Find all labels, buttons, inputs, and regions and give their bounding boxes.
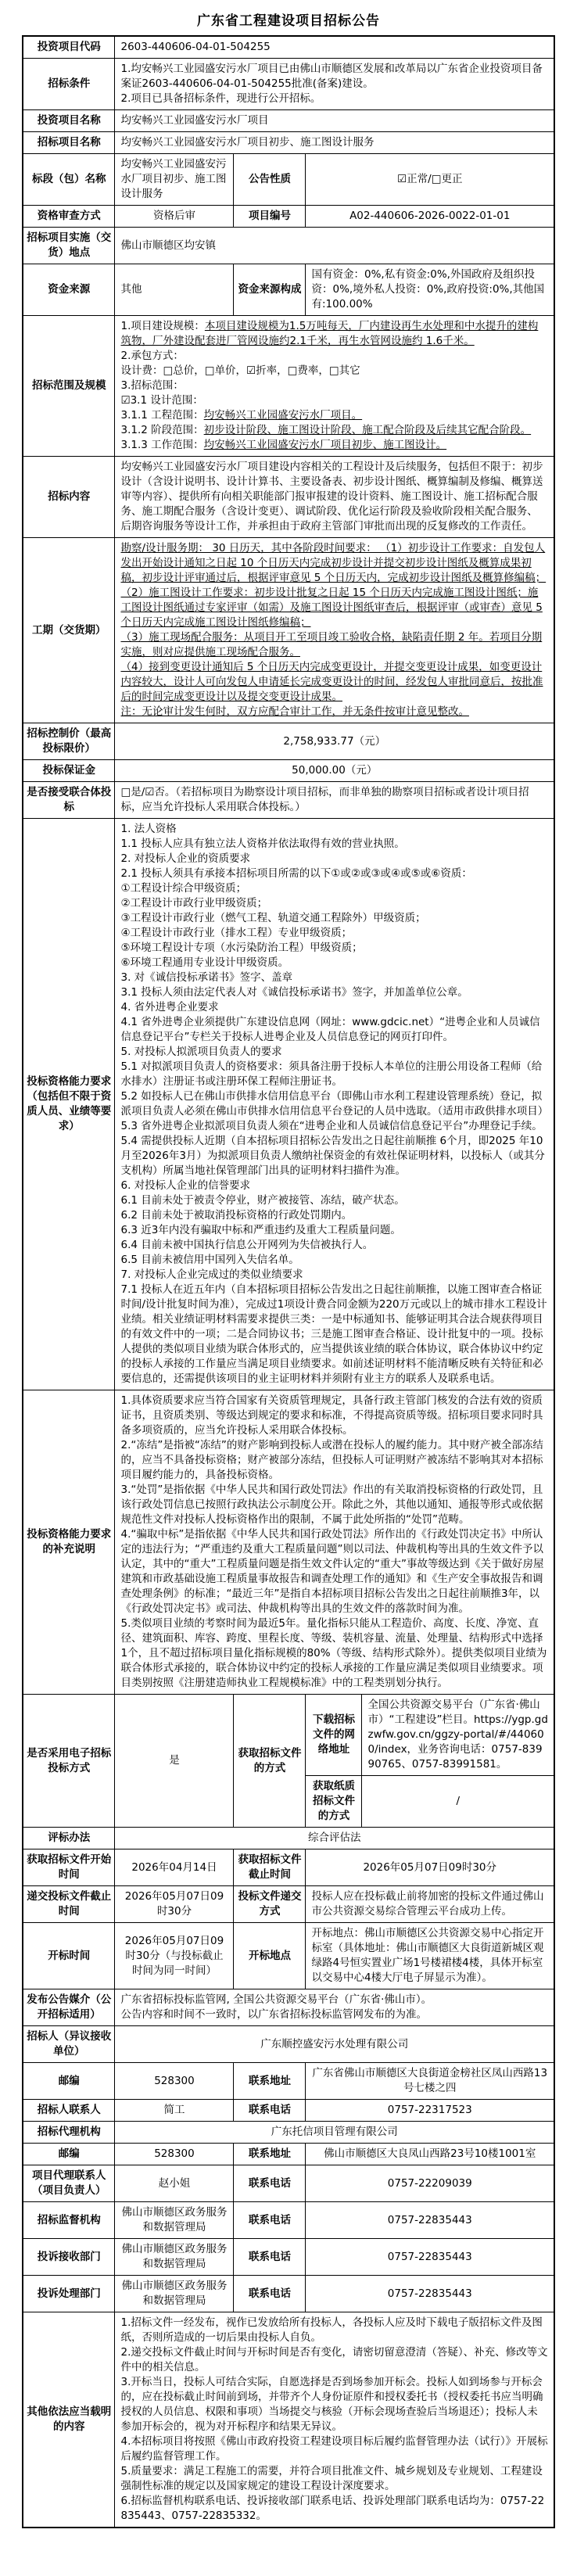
text-line: 5.质量要求：满足工程施工的需要，并符合项目批准文件、城乡规划及专业规划、工程建… bbox=[120, 2464, 548, 2494]
text-line: 4. 省外进粤企业要求 bbox=[120, 1000, 548, 1015]
text-line: 勘察/设计服务期： 30 日历天，其中各阶段时间要求： （1）初步设计工作要求：… bbox=[120, 541, 548, 586]
value-cell: 2026年04月14日 bbox=[115, 1849, 234, 1886]
text-line: 5.类似项目业绩的考察时间为最近5年。量化指标只能从工程造价、高度、长度、净宽、… bbox=[120, 1616, 548, 1691]
text-segment: 3.“处罚”是指依据《中华人民共和国行政处罚法》作出的有关取消投标资格的行政处罚… bbox=[120, 1484, 543, 1526]
text-segment: 2.1 投标人须具有承接本招标项目所需的以下①或②或③或④或⑤或⑥资质： bbox=[120, 867, 471, 880]
text-line: （3）施工现场配合服务：从项目开工至项目竣工验收合格，缺陷责任期 2 年。若项目… bbox=[120, 630, 548, 660]
text-line: 6.5 目前未被信用中国列入失信名单。 bbox=[120, 1253, 548, 1268]
row-header-cell: 邮编 bbox=[23, 2063, 115, 2100]
text-segment: 5.1 对拟派项目负责人的资格要求：须具备注册于投标人本单位的注册公用设备工程师… bbox=[120, 1060, 542, 1088]
text-segment: 5. 对投标人拟派项目负责人的要求 bbox=[120, 1046, 281, 1058]
text-segment: ③工程设计市政行业（燃气工程、轨道交通工程除外）甲级资质； bbox=[120, 912, 425, 924]
text-line: 1.均安畅兴工业园盛安污水厂项目已由佛山市顺德区发展和改革局以广东省企业投资项目… bbox=[120, 62, 548, 91]
row-header-cell: 联系电话 bbox=[234, 2100, 306, 2122]
text-segment: ⑤环境工程设计专项（水污染防治工程）甲级资质； bbox=[120, 942, 362, 954]
row-header-cell: 获取招标文件开始时间 bbox=[23, 1849, 115, 1886]
table-row: 发布公告媒介（公开招标适用）广东省招标投标监管网, 全国公共资源交易平台（广东省… bbox=[23, 1989, 554, 2026]
row-header-cell: 资金来源 bbox=[23, 264, 115, 316]
text-line: 6.2 目前未处于被取消投标资格的行政处罚期内。 bbox=[120, 1208, 548, 1223]
text-segment: ②工程设计市政行业甲级资质； bbox=[120, 897, 267, 909]
value-cell: 2026年05月07日09时30分（与投标截止时间为同一时间） bbox=[115, 1923, 234, 1989]
text-line: 6.1 目前未处于被责令停业，财产被接管、冻结，破产状态。 bbox=[120, 1193, 548, 1208]
row-header-cell: 其他依法应当载明的内容 bbox=[23, 2312, 115, 2528]
table-row: 招标人（异议接收单位）广东顺控盛安污水处理有限公司 bbox=[23, 2026, 554, 2063]
value-cell: 0757-22317523 bbox=[306, 2100, 554, 2122]
table-row: 投资项目代码2603-440606-04-01-504255 bbox=[23, 36, 554, 59]
text-segment: 2.“冻结”是指被“冻结”的财产影响到投标人或潜在投标人的履约能力。其中财产被全… bbox=[120, 1439, 543, 1481]
text-segment: 1. 法人资格 bbox=[120, 823, 176, 835]
value-cell: 全国公共资源交易平台（广东省·佛山市）“工程建设”栏目。https://ygp.… bbox=[362, 1695, 554, 1776]
value-cell: 1.均安畅兴工业园盛安污水厂项目已由佛山市顺德区发展和改革局以广东省企业投资项目… bbox=[115, 59, 554, 110]
table-row: 投诉处理部门佛山市顺德区政务服务和数据管理局联系电话0757-22835443 bbox=[23, 2276, 554, 2312]
text-segment: 6.4 目前未被中国执行信息公开网列为失信被执行人。 bbox=[120, 1239, 373, 1251]
value-cell: 佛山市顺德区均安镇 bbox=[115, 228, 554, 264]
underlined-text: （4）接到变更设计通知后 5 个日历天内完成变更设计，并提交变更设计成果，如变更… bbox=[120, 661, 543, 703]
underlined-text: 勘察/设计服务期： 30 日历天，其中各阶段时间要求： （1）初步设计工作要求：… bbox=[120, 542, 546, 584]
value-cell: 佛山市顺德区政务服务和数据管理局 bbox=[115, 2239, 234, 2276]
text-segment: 4.1 省外进粤企业须提供广东建设信息网（网址：www.gdcic.net）“进… bbox=[120, 1016, 539, 1043]
table-row: 招标项目名称均安畅兴工业园盛安污水厂项目初步、施工图设计服务 bbox=[23, 132, 554, 154]
table-row: 投标资格能力要求（包括但不限于资质人员、业绩等要求）1. 法人资格1.1 投标人… bbox=[23, 819, 554, 1390]
row-header-cell: 工期（交货期） bbox=[23, 538, 115, 723]
table-row: 投资项目名称均安畅兴工业园盛安污水厂项目 bbox=[23, 110, 554, 132]
table-row: 其他依法应当载明的内容1.招标文件一经发布，视作已发放给所有投标人，各投标人应及… bbox=[23, 2312, 554, 2528]
row-header-cell: 招标监督机构 bbox=[23, 2202, 115, 2239]
text-line: 5.3 省外进粤企业拟派项目负责人须在“进粤企业和人员诚信信息登记平台”办理登记… bbox=[120, 1119, 548, 1134]
text-line: 广东省招标投标监管网, 全国公共资源交易平台（广东省·佛山市）。 bbox=[120, 1993, 548, 2007]
row-header-cell: 招标人（异议接收单位） bbox=[23, 2026, 115, 2063]
table-row: 资格审查方式资格后审项目编号A02-440606-2026-0022-01-01 bbox=[23, 206, 554, 228]
text-segment: 3.1 投标人须由法定代表人对《诚信投标承诺书》签字，并加盖单位公章。 bbox=[120, 986, 468, 999]
value-cell: 1.具体资质要求应当符合国家有关资质管理规定，具备行政主管部门核发的合法有效的资… bbox=[115, 1390, 554, 1695]
row-header-cell: 评标办法 bbox=[23, 1828, 115, 1849]
text-line: ①工程设计综合甲级资质； bbox=[120, 881, 548, 896]
text-segment: 公告内容和时间不一致时，以广东省招标投标监管网发布的为准。 bbox=[120, 2008, 427, 2021]
text-line: 5.2 如投标人已在佛山市供排水信用信息平台（即佛山市水利工程建设管理系统）登记… bbox=[120, 1089, 548, 1119]
text-line: 7. 对投标人企业完成过的类似业绩要求 bbox=[120, 1268, 548, 1283]
text-segment: 6.招标监督机构联系电话、投诉接收部门联系电话、投诉处理部门联系电话均为：075… bbox=[120, 2495, 544, 2522]
text-line: 3. 对《诚信投标承诺书》签字、盖章 bbox=[120, 970, 548, 985]
row-header-cell: 项目代理联系人（项目负责人） bbox=[23, 2165, 115, 2202]
row-header-cell: 联系电话 bbox=[234, 2165, 306, 2202]
table-row: 招标人联系人简工联系电话0757-22317523 bbox=[23, 2100, 554, 2122]
text-segment: 4.本招标项目将按照《佛山市政府投资工程建设项目标后履约监督管理办法（试行）》开… bbox=[120, 2435, 547, 2463]
row-header-cell: 投诉处理部门 bbox=[23, 2276, 115, 2312]
table-row: 招标代理机构广东托信项目管理有限公司 bbox=[23, 2122, 554, 2144]
tender-table-body: 投资项目代码2603-440606-04-01-504255招标条件1.均安畅兴… bbox=[23, 36, 554, 2528]
text-segment: 6.1 目前未处于被责令停业，财产被接管、冻结，破产状态。 bbox=[120, 1194, 404, 1207]
text-line: 1.项目建设规模：本项目建设规模为1.5万吨每天，厂内建设再生水处理和中水提升的… bbox=[120, 319, 548, 349]
row-header-cell: 招标人联系人 bbox=[23, 2100, 115, 2122]
value-cell: / bbox=[362, 1776, 554, 1828]
text-segment: 5.2 如投标人已在佛山市供排水信用信息平台（即佛山市水利工程建设管理系统）登记… bbox=[120, 1090, 548, 1118]
text-line: 2. 对投标人企业的资质要求 bbox=[120, 852, 548, 866]
text-segment: ⑥环境工程通用专业设计甲级资质。 bbox=[120, 956, 288, 969]
value-cell: 佛山市顺德区政务服务和数据管理局 bbox=[115, 2276, 234, 2312]
value-cell: 综合评估法 bbox=[115, 1828, 554, 1849]
text-line: 1. 法人资格 bbox=[120, 822, 548, 837]
table-row: 获取招标文件开始时间2026年04月14日获取招标文件截止时间2026年05月0… bbox=[23, 1849, 554, 1886]
value-cell: 投标人应在投标截止前将加密的投标文件通过佛山市公共资源交易综合管理云平台成功上传… bbox=[306, 1886, 554, 1923]
table-row: 邮编528300联系地址广东省佛山市顺德区大良街道金榜社区凤山西路13号七楼之四 bbox=[23, 2063, 554, 2100]
row-header-cell: 标段（包）名称 bbox=[23, 154, 115, 206]
text-line: 3.“处罚”是指依据《中华人民共和国行政处罚法》作出的有关取消投标资格的行政处罚… bbox=[120, 1483, 548, 1527]
value-cell: 佛山市顺德区大良凤山西路23号10楼1001室 bbox=[306, 2144, 554, 2165]
text-line: 设计费：□总价，□单价，☑折率，□费率，□其它 bbox=[120, 364, 548, 379]
value-cell: 国有资金：0%,私有资金:0%,外国政府及组织投资：0%,境外私人投资：0%,政… bbox=[306, 264, 554, 316]
text-line: 公告内容和时间不一致时，以广东省招标投标监管网发布的为准。 bbox=[120, 2007, 548, 2022]
value-cell: 0757-22835443 bbox=[306, 2202, 554, 2239]
row-header-cell: 获取纸质招标文件的方式 bbox=[306, 1776, 362, 1828]
value-cell: 佛山市顺德区政务服务和数据管理局 bbox=[115, 2202, 234, 2239]
table-row: 标段（包）名称均安畅兴工业园盛安污水厂项目初步、施工图设计服务公告性质☑正常/□… bbox=[23, 154, 554, 206]
row-header-cell: 招标控制价（最高投标限价） bbox=[23, 723, 115, 760]
text-segment: 5.类似项目业绩的考察时间为最近5年。量化指标只能从工程造价、高度、长度、净宽、… bbox=[120, 1617, 547, 1689]
table-row: 工期（交货期）勘察/设计服务期： 30 日历天，其中各阶段时间要求： （1）初步… bbox=[23, 538, 554, 723]
text-line: 4.“骗取中标”是指依据《中华人民共和国行政处罚法》所作出的《行政处罚决定书》中… bbox=[120, 1527, 548, 1616]
table-row: 是否接受联合体投标□是/☑否。（若招标项目为勘察设计项目招标，而非单独的勘察项目… bbox=[23, 782, 554, 819]
text-line: ⑥环境工程通用专业设计甲级资质。 bbox=[120, 956, 548, 970]
row-header-cell: 招标范围及规模 bbox=[23, 316, 115, 457]
value-cell: 1.招标文件一经发布，视作已发放给所有投标人，各投标人应及时下载电子版招标文件及… bbox=[115, 2312, 554, 2528]
value-cell: 2026年05月07日09时30分 bbox=[306, 1849, 554, 1886]
text-line: 5.4 需提供投标人近期（自本招标项目招标公告发出之日起往前顺推 6个月，即20… bbox=[120, 1134, 548, 1179]
value-cell: ☑正常/□更正 bbox=[306, 154, 554, 206]
row-header-cell: 投诉接收部门 bbox=[23, 2239, 115, 2276]
text-segment: 3.开标当日，投标人可结合实际，自愿选择是否到场参加开标会。投标人如到场参与开标… bbox=[120, 2376, 543, 2433]
row-header-cell: 公告性质 bbox=[234, 154, 306, 206]
row-header-cell: 投标保证金 bbox=[23, 760, 115, 782]
row-header-cell: 获取招标文件的方式 bbox=[234, 1695, 306, 1828]
text-segment: 全国公共资源交易平台（广东省·佛山市）“工程建设”栏目。https://ygp.… bbox=[367, 1699, 547, 1771]
text-segment: 5.3 省外进粤企业拟派项目负责人须在“进粤企业和人员诚信信息登记平台”办理登记… bbox=[120, 1120, 542, 1132]
underlined-text: （3）施工现场配合服务：从项目开工至项目竣工验收合格，缺陷责任期 2 年。若项目… bbox=[120, 631, 542, 658]
value-cell: □是/☑否。（若招标项目为勘察设计项目招标，而非单独的勘察项目招标或者设计项目招… bbox=[115, 782, 554, 819]
underlined-text: 注：无论审计发生何时，双方应配合审计工作，并无条件按审计意见整改。 bbox=[120, 705, 469, 718]
text-line: ⑤环境工程设计专项（水污染防治工程）甲级资质； bbox=[120, 941, 548, 956]
text-segment: 3.1.1 工程范围： bbox=[120, 409, 203, 422]
text-line: 2.1 投标人须具有承接本招标项目所需的以下①或②或③或④或⑤或⑥资质： bbox=[120, 866, 548, 881]
tender-table: 投资项目代码2603-440606-04-01-504255招标条件1.均安畅兴… bbox=[22, 35, 555, 2528]
value-cell: 开标地点：佛山市顺德区公共资源交易中心指定开标室（具体地址：佛山市顺德区大良街道… bbox=[306, 1923, 554, 1989]
table-row: 是否采用电子招标投标方式是获取招标文件的方式下载招标文件的网络地址全国公共资源交… bbox=[23, 1695, 554, 1776]
table-row: 招标项目实施（交货）地点佛山市顺德区均安镇 bbox=[23, 228, 554, 264]
text-line: 6.招标监督机构联系电话、投诉接收部门联系电话、投诉处理部门联系电话均为：075… bbox=[120, 2494, 548, 2524]
row-header-cell: 资格审查方式 bbox=[23, 206, 115, 228]
value-cell: 2603-440606-04-01-504255 bbox=[115, 36, 554, 59]
text-segment: ☑3.1 设计范围： bbox=[120, 394, 202, 407]
text-segment: 设计费：□总价，□单价，☑折率，□费率，□其它 bbox=[120, 364, 360, 377]
value-cell: 50,000.00（元） bbox=[115, 760, 554, 782]
value-cell: 广东托信项目管理有限公司 bbox=[115, 2122, 554, 2144]
value-cell: 勘察/设计服务期： 30 日历天，其中各阶段时间要求： （1）初步设计工作要求：… bbox=[115, 538, 554, 723]
text-line: 3.招标范围： bbox=[120, 379, 548, 393]
text-segment: 5.4 需提供投标人近期（自本招标项目招标公告发出之日起往前顺推 6个月，即20… bbox=[120, 1135, 544, 1177]
text-segment: 7. 对投标人企业完成过的类似业绩要求 bbox=[120, 1268, 303, 1281]
row-header-cell: 联系电话 bbox=[234, 2239, 306, 2276]
text-line: 6.4 目前未被中国执行信息公开网列为失信被执行人。 bbox=[120, 1238, 548, 1253]
value-cell: 均安畅兴工业园盛安污水厂项目初步、施工图设计服务 bbox=[115, 132, 554, 154]
text-line: 1.招标文件一经发布，视作已发放给所有投标人，各投标人应及时下载电子版招标文件及… bbox=[120, 2316, 548, 2345]
row-header-cell: 招标项目实施（交货）地点 bbox=[23, 228, 115, 264]
row-header-cell: 是否采用电子招标投标方式 bbox=[23, 1695, 115, 1828]
row-header-cell: 招标条件 bbox=[23, 59, 115, 110]
text-line: ③工程设计市政行业（燃气工程、轨道交通工程除外）甲级资质； bbox=[120, 911, 548, 926]
text-segment: 3.1.2 阶段范围： bbox=[120, 424, 203, 436]
value-cell: 0757-22835443 bbox=[306, 2239, 554, 2276]
text-line: 5. 对投标人拟派项目负责人的要求 bbox=[120, 1045, 548, 1060]
value-cell: 2026年05月07日09时30分 bbox=[115, 1886, 234, 1923]
text-segment: 4.“骗取中标”是指依据《中华人民共和国行政处罚法》所作出的《行政处罚决定书》中… bbox=[120, 1528, 543, 1615]
text-line: ☑3.1 设计范围： bbox=[120, 393, 548, 408]
row-header-cell: 投资项目代码 bbox=[23, 36, 115, 59]
text-segment: 6.5 目前未被信用中国列入失信名单。 bbox=[120, 1254, 299, 1266]
value-cell: 1.项目建设规模：本项目建设规模为1.5万吨每天，厂内建设再生水处理和中水提升的… bbox=[115, 316, 554, 457]
text-line: 1.1 投标人应具有独立法人资格并依法取得有效的营业执照。 bbox=[120, 837, 548, 852]
value-cell: 1. 法人资格1.1 投标人应具有独立法人资格并依法取得有效的营业执照。2. 对… bbox=[115, 819, 554, 1390]
text-line: 3.1.2 阶段范围：初步设计阶段、施工图设计阶段、施工配合阶段及后续其它配合阶… bbox=[120, 423, 548, 438]
text-line: 6. 对投标人企业的信誉要求 bbox=[120, 1179, 548, 1193]
row-header-cell: 联系地址 bbox=[234, 2063, 306, 2100]
text-line: 2.递交投标文件截止时间与开标时间是否有变化，请密切留意澄清（答疑）、补充、修改… bbox=[120, 2345, 548, 2375]
value-cell: 0757-22209039 bbox=[306, 2165, 554, 2202]
row-header-cell: 邮编 bbox=[23, 2144, 115, 2165]
table-row: 招标条件1.均安畅兴工业园盛安污水厂项目已由佛山市顺德区发展和改革局以广东省企业… bbox=[23, 59, 554, 110]
table-row: 资金来源其他资金来源构成国有资金：0%,私有资金:0%,外国政府及组织投资：0%… bbox=[23, 264, 554, 316]
text-segment: 5.质量要求：满足工程施工的需要，并符合项目批准文件、城乡规划及专业规划、工程建… bbox=[120, 2465, 542, 2492]
text-segment: 6. 对投标人企业的信誉要求 bbox=[120, 1179, 250, 1192]
underlined-text: 初步设计阶段、施工图设计阶段、施工配合阶段及后续其它配合阶段。 bbox=[204, 424, 532, 436]
table-row: 项目代理联系人（项目负责人）赵小姐联系电话0757-22209039 bbox=[23, 2165, 554, 2202]
value-cell: 0757-22835443 bbox=[306, 2276, 554, 2312]
value-cell: 广东顺控盛安污水处理有限公司 bbox=[115, 2026, 554, 2063]
row-header-cell: 递交投标文件截止时间 bbox=[23, 1886, 115, 1923]
row-header-cell: 投标文件递交方式 bbox=[234, 1886, 306, 1923]
value-cell: 528300 bbox=[115, 2144, 234, 2165]
value-cell: 广东省佛山市顺德区大良街道金榜社区凤山西路13号七楼之四 bbox=[306, 2063, 554, 2100]
value-cell: 赵小姐 bbox=[115, 2165, 234, 2202]
table-row: 招标控制价（最高投标限价）2,758,933.77（元） bbox=[23, 723, 554, 760]
table-row: 招标监督机构佛山市顺德区政务服务和数据管理局联系电话0757-22835443 bbox=[23, 2202, 554, 2239]
table-row: 投诉接收部门佛山市顺德区政务服务和数据管理局联系电话0757-22835443 bbox=[23, 2239, 554, 2276]
text-segment: 2.项目已具备招标条件，现进行公开招标。 bbox=[120, 92, 321, 105]
value-cell: 2,758,933.77（元） bbox=[115, 723, 554, 760]
text-line: 2.承包方式： bbox=[120, 349, 548, 364]
row-header-cell: 投标资格能力要求（包括但不限于资质人员、业绩等要求） bbox=[23, 819, 115, 1390]
text-segment: 3.招标范围： bbox=[120, 379, 183, 392]
text-segment: 1.1 投标人应具有独立法人资格并依法取得有效的营业执照。 bbox=[120, 838, 404, 850]
value-cell: 其他 bbox=[115, 264, 234, 316]
table-row: 招标内容均安畅兴工业园盛安污水厂项目建设内容相关的工程设计及后续服务，包括但不限… bbox=[23, 457, 554, 538]
text-line: 全国公共资源交易平台（广东省·佛山市）“工程建设”栏目。https://ygp.… bbox=[367, 1698, 548, 1772]
table-row: 递交投标文件截止时间2026年05月07日09时30分投标文件递交方式投标人应在… bbox=[23, 1886, 554, 1923]
text-line: 5.1 对拟派项目负责人的资格要求：须具备注册于投标人本单位的注册公用设备工程师… bbox=[120, 1060, 548, 1089]
announcement-title: 广东省工程建设项目招标公告 bbox=[0, 0, 577, 35]
row-header-cell: 联系地址 bbox=[234, 2144, 306, 2165]
text-line: 3.1.3 工作范围：均安畅兴工业园盛安污水厂项目初步、施工图设计。 bbox=[120, 438, 548, 453]
underlined-text: （2）施工图设计工作要求：初步设计批复之日起 15 个日历天内完成施工图设计图纸… bbox=[120, 587, 542, 629]
text-segment: ④工程设计市政行业（排水工程）专业甲级资质； bbox=[120, 927, 352, 939]
text-segment: 1.项目建设规模： bbox=[120, 320, 204, 332]
row-header-cell: 项目编号 bbox=[234, 206, 306, 228]
value-cell: 528300 bbox=[115, 2063, 234, 2100]
row-header-cell: 招标项目名称 bbox=[23, 132, 115, 154]
table-row: 邮编528300联系地址佛山市顺德区大良凤山西路23号10楼1001室 bbox=[23, 2144, 554, 2165]
text-line: 3.1 投标人须由法定代表人对《诚信投标承诺书》签字，并加盖单位公章。 bbox=[120, 985, 548, 1000]
table-row: 开标时间2026年05月07日09时30分（与投标截止时间为同一时间）开标地点开… bbox=[23, 1923, 554, 1989]
row-header-cell: 招标内容 bbox=[23, 457, 115, 538]
text-line: 4.1 省外进粤企业须提供广东建设信息网（网址：www.gdcic.net）“进… bbox=[120, 1015, 548, 1045]
text-line: （4）接到变更设计通知后 5 个日历天内完成变更设计，并提交变更设计成果，如变更… bbox=[120, 660, 548, 705]
text-segment: 4. 省外进粤企业要求 bbox=[120, 1001, 218, 1014]
value-cell: 是 bbox=[115, 1695, 234, 1828]
value-cell: A02-440606-2026-0022-01-01 bbox=[306, 206, 554, 228]
row-header-cell: 开标地点 bbox=[234, 1923, 306, 1989]
text-segment: 6.3 近3年内没有骗取中标和严重违约及重大工程质量问题。 bbox=[120, 1224, 400, 1236]
text-line: ②工程设计市政行业甲级资质； bbox=[120, 896, 548, 911]
value-cell: 简工 bbox=[115, 2100, 234, 2122]
table-row: 投标资格能力要求的补充说明1.具体资质要求应当符合国家有关资质管理规定，具备行政… bbox=[23, 1390, 554, 1695]
text-segment: 7.1 投标人在近五年内（自本招标项目招标公告发出之日起往前顺推，以施工图审查合… bbox=[120, 1283, 547, 1385]
row-header-cell: 联系电话 bbox=[234, 2276, 306, 2312]
text-line: 1.具体资质要求应当符合国家有关资质管理规定，具备行政主管部门核发的合法有效的资… bbox=[120, 1394, 548, 1438]
table-row: 招标范围及规模1.项目建设规模：本项目建设规模为1.5万吨每天，厂内建设再生水处… bbox=[23, 316, 554, 457]
text-segment: 3.1.3 工作范围： bbox=[120, 439, 203, 451]
text-segment: 2.递交投标文件截止时间与开标时间是否有变化，请密切留意澄清（答疑）、补充、修改… bbox=[120, 2346, 547, 2373]
text-line: 均安畅兴工业园盛安污水厂项目建设内容相关的工程设计及后续服务，包括但不限于：初步… bbox=[120, 460, 548, 534]
underlined-text: 均安畅兴工业园盛安污水厂项目。 bbox=[204, 409, 363, 422]
text-line: 7.1 投标人在近五年内（自本招标项目招标公告发出之日起往前顺推，以施工图审查合… bbox=[120, 1283, 548, 1387]
value-cell: 均安畅兴工业园盛安污水厂项目初步、施工图设计服务 bbox=[115, 154, 234, 206]
text-line: 2.“冻结”是指被“冻结”的财产影响到投标人或潜在投标人的履约能力。其中财产被全… bbox=[120, 1438, 548, 1483]
row-header-cell: 获取招标文件截止时间 bbox=[234, 1849, 306, 1886]
text-line: 注：无论审计发生何时，双方应配合审计工作，并无条件按审计意见整改。 bbox=[120, 705, 548, 719]
table-row: 评标办法综合评估法 bbox=[23, 1828, 554, 1849]
text-line: 6.3 近3年内没有骗取中标和严重违约及重大工程质量问题。 bbox=[120, 1223, 548, 1238]
text-line: 3.开标当日，投标人可结合实际，自愿选择是否到场参加开标会。投标人如到场参与开标… bbox=[120, 2375, 548, 2434]
text-line: 3.1.1 工程范围：均安畅兴工业园盛安污水厂项目。 bbox=[120, 408, 548, 423]
value-cell: 广东省招标投标监管网, 全国公共资源交易平台（广东省·佛山市）。公告内容和时间不… bbox=[115, 1989, 554, 2026]
text-line: 4.本招标项目将按照《佛山市政府投资工程建设项目标后履约监督管理办法（试行）》开… bbox=[120, 2434, 548, 2464]
text-segment: 3. 对《诚信投标承诺书》签字、盖章 bbox=[120, 971, 292, 984]
value-cell: 均安畅兴工业园盛安污水厂项目 bbox=[115, 110, 554, 132]
text-segment: 1.招标文件一经发布，视作已发放给所有投标人，各投标人应及时下载电子版招标文件及… bbox=[120, 2316, 542, 2344]
underlined-text: 均安畅兴工业园盛安污水厂项目初步、施工图设计。 bbox=[204, 439, 447, 451]
text-segment: 6.2 目前未处于被取消投标资格的行政处罚期内。 bbox=[120, 1209, 352, 1222]
row-header-cell: 是否接受联合体投标 bbox=[23, 782, 115, 819]
row-header-cell: 下载招标文件的网络地址 bbox=[306, 1695, 362, 1776]
text-segment: 2.承包方式： bbox=[120, 350, 183, 362]
row-header-cell: 开标时间 bbox=[23, 1923, 115, 1989]
text-line: （2）施工图设计工作要求：初步设计批复之日起 15 个日历天内完成施工图设计图纸… bbox=[120, 586, 548, 630]
text-segment: ①工程设计综合甲级资质； bbox=[120, 882, 246, 895]
text-segment: 2. 对投标人企业的资质要求 bbox=[120, 852, 250, 865]
text-segment: 1.具体资质要求应当符合国家有关资质管理规定，具备行政主管部门核发的合法有效的资… bbox=[120, 1394, 543, 1437]
text-line: ④工程设计市政行业（排水工程）专业甲级资质； bbox=[120, 926, 548, 941]
text-line: 2.项目已具备招标条件，现进行公开招标。 bbox=[120, 91, 548, 106]
row-header-cell: 资金来源构成 bbox=[234, 264, 306, 316]
row-header-cell: 投标资格能力要求的补充说明 bbox=[23, 1390, 115, 1695]
value-cell: 资格后审 bbox=[115, 206, 234, 228]
text-segment: 广东省招标投标监管网, 全国公共资源交易平台（广东省·佛山市）。 bbox=[120, 1993, 432, 2006]
value-cell: 均安畅兴工业园盛安污水厂项目建设内容相关的工程设计及后续服务，包括但不限于：初步… bbox=[115, 457, 554, 538]
text-segment: 均安畅兴工业园盛安污水厂项目建设内容相关的工程设计及后续服务，包括但不限于：初步… bbox=[120, 461, 543, 533]
table-row: 投标保证金50,000.00（元） bbox=[23, 760, 554, 782]
row-header-cell: 招标代理机构 bbox=[23, 2122, 115, 2144]
text-segment: 1.均安畅兴工业园盛安污水厂项目已由佛山市顺德区发展和改革局以广东省企业投资项目… bbox=[120, 63, 542, 90]
row-header-cell: 联系电话 bbox=[234, 2202, 306, 2239]
row-header-cell: 发布公告媒介（公开招标适用） bbox=[23, 1989, 115, 2026]
row-header-cell: 投资项目名称 bbox=[23, 110, 115, 132]
